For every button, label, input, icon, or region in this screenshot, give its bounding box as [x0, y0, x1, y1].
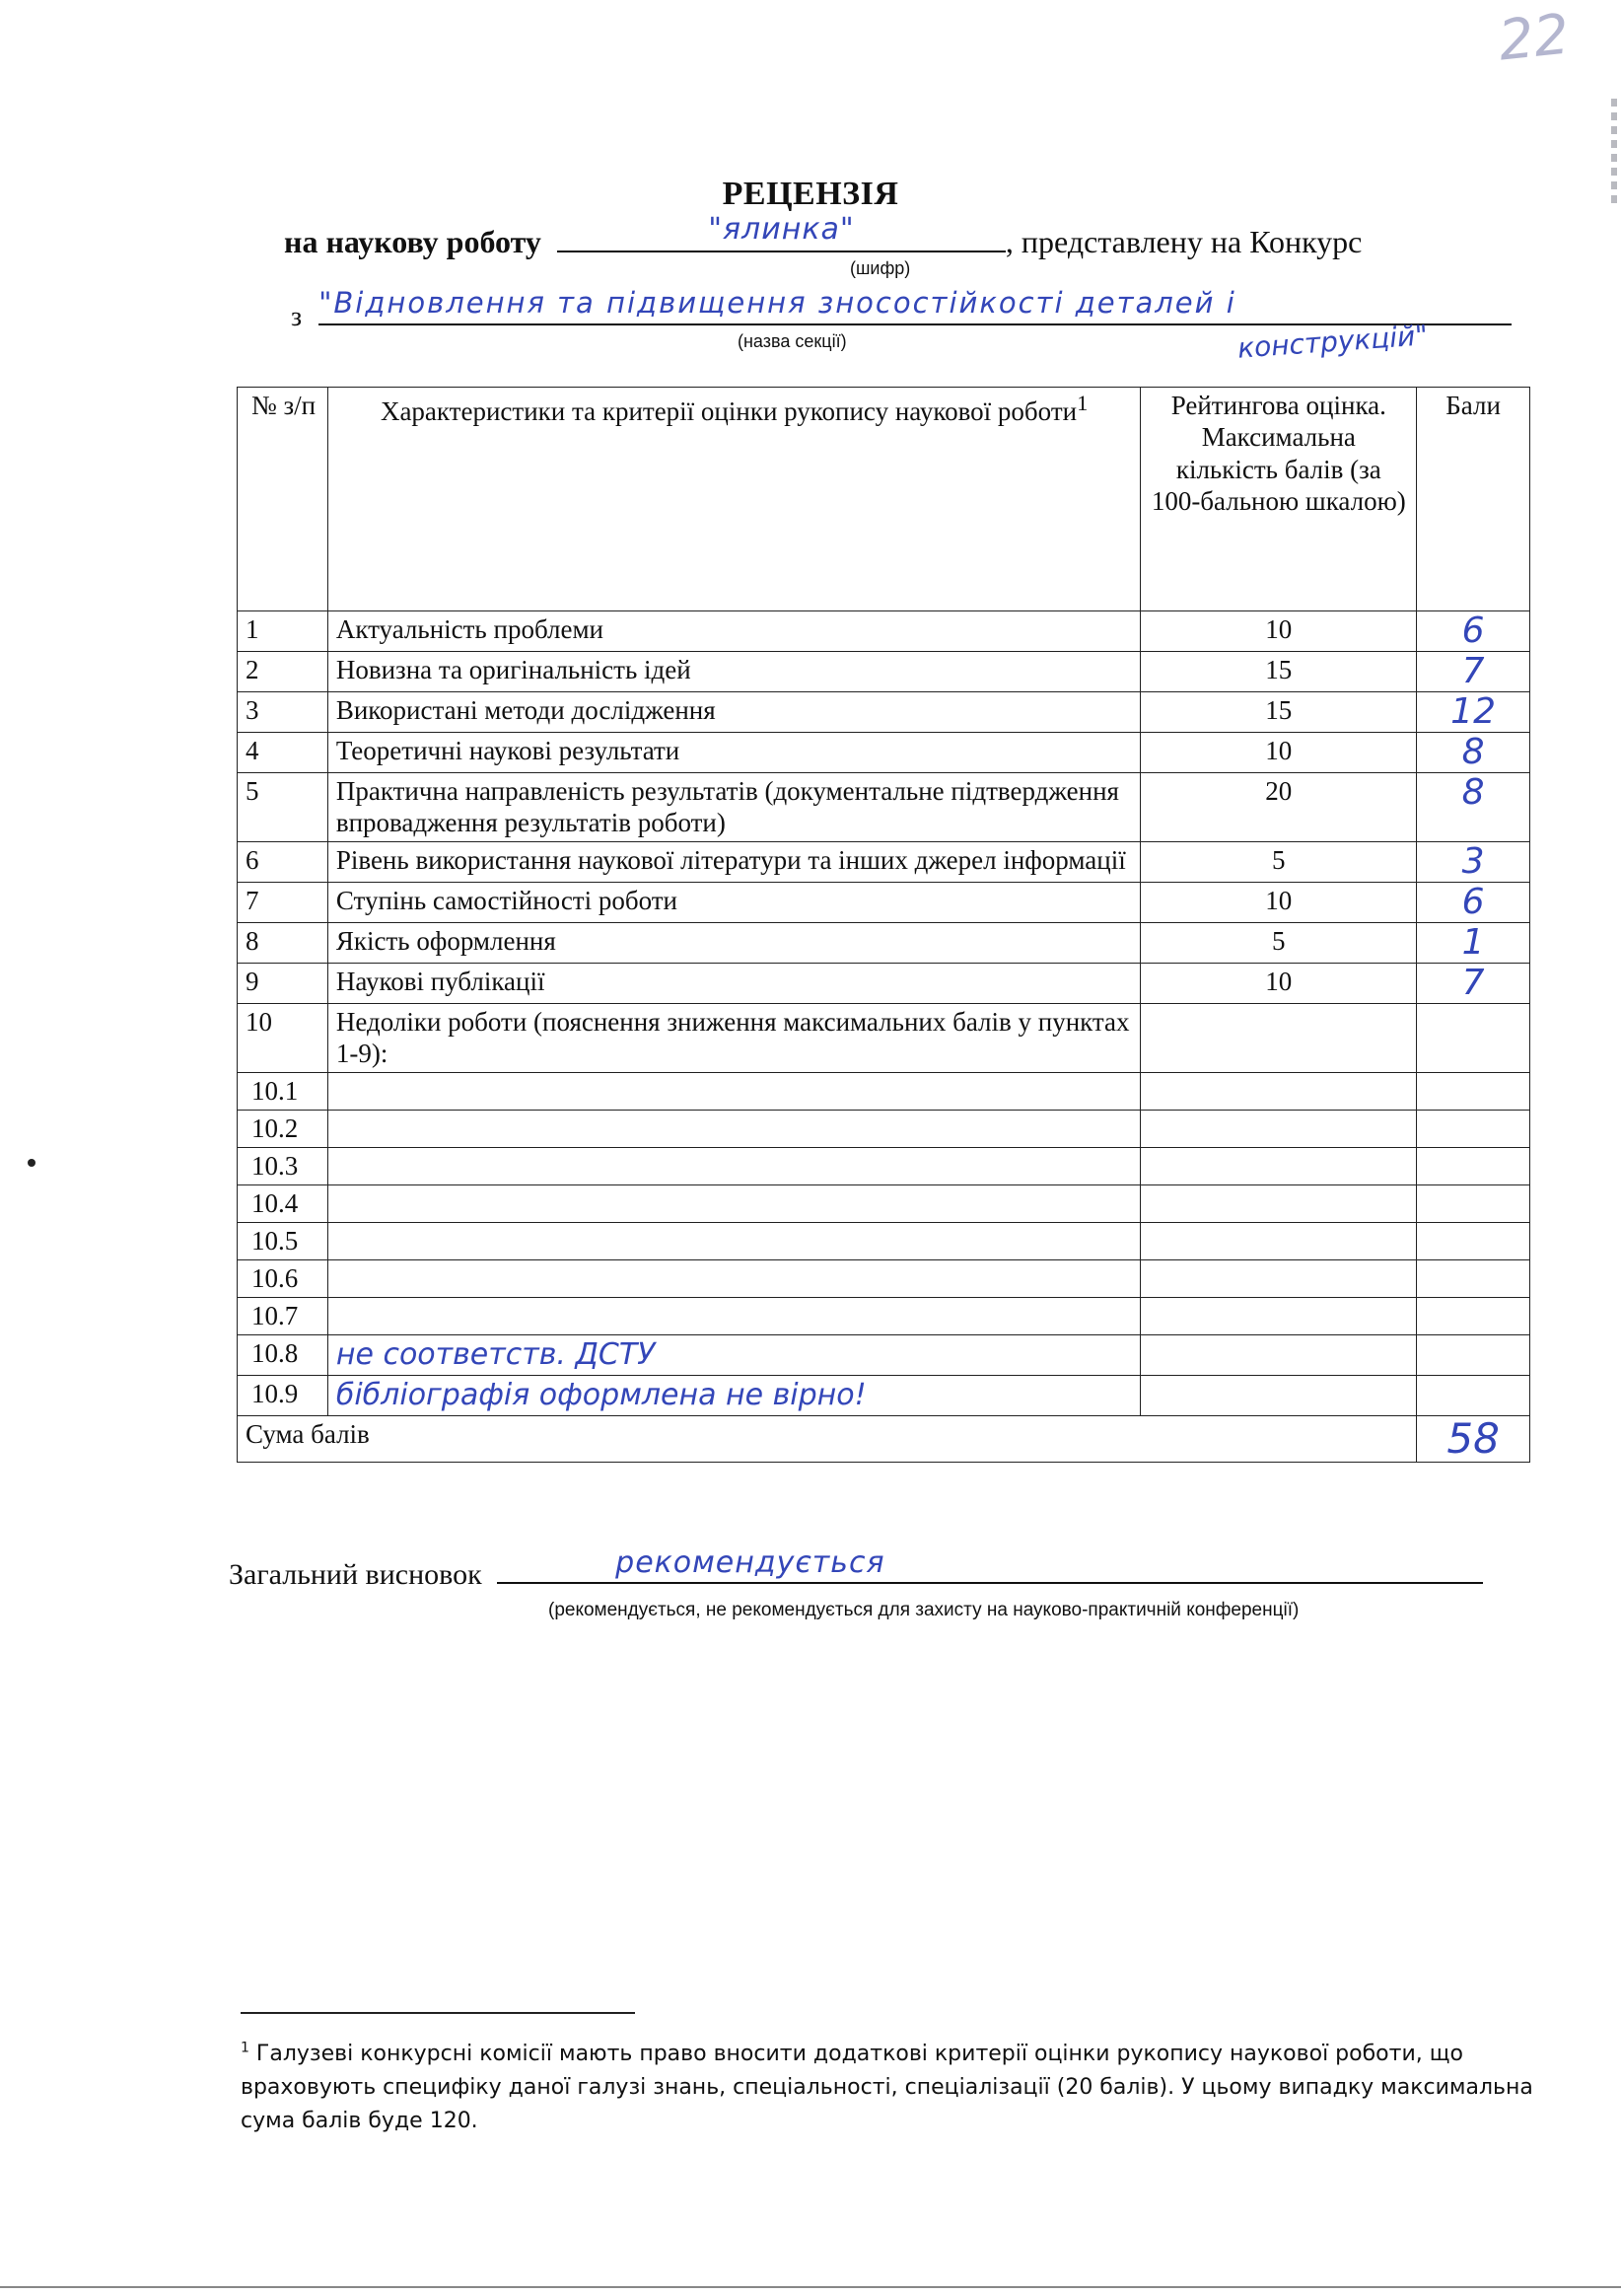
- shortcoming-score: [1417, 1072, 1530, 1110]
- footnote-number: 1: [241, 2041, 249, 2056]
- header-max: Рейтингова оцінка. Максимальна кількість…: [1141, 388, 1417, 611]
- shortcoming-num: 10.9: [238, 1375, 328, 1415]
- shortcoming-text[interactable]: [327, 1072, 1141, 1110]
- max-score: 15: [1141, 692, 1417, 733]
- work-line: на наукову роботу "ялинка" , представлен…: [284, 217, 1362, 260]
- table-row: 3Використані методи дослідження1512: [238, 692, 1530, 733]
- shortcoming-row: 10.4: [238, 1184, 1530, 1222]
- assigned-score[interactable]: 8: [1417, 773, 1530, 842]
- code-caption: (шифр): [850, 258, 910, 279]
- shortcoming-row: 10.6: [238, 1259, 1530, 1297]
- shortcoming-max: [1141, 1259, 1417, 1297]
- shortcomings-score: [1417, 1003, 1530, 1072]
- shortcoming-text[interactable]: [327, 1184, 1141, 1222]
- table-row: 9Наукові публікації107: [238, 963, 1530, 1003]
- criterion-num: 7: [238, 882, 328, 922]
- section-name-value-line1: "Відновлення та підвищення зносостійкост…: [318, 286, 1512, 320]
- shortcoming-max: [1141, 1334, 1417, 1375]
- shortcoming-row: 10.8не соответств. ДСТУ: [238, 1334, 1530, 1375]
- page-bottom-edge: [0, 2286, 1621, 2288]
- assigned-score[interactable]: 6: [1417, 882, 1530, 922]
- criterion-text: Теоретичні наукові результати: [327, 733, 1141, 773]
- max-score: 15: [1141, 652, 1417, 692]
- total-value[interactable]: 58: [1417, 1415, 1530, 1462]
- assigned-score[interactable]: 8: [1417, 733, 1530, 773]
- shortcoming-num: 10.7: [238, 1297, 328, 1334]
- work-suffix: , представлену на Конкурс: [1006, 224, 1362, 259]
- work-code-field[interactable]: "ялинка": [557, 217, 1006, 252]
- shortcoming-score: [1417, 1147, 1530, 1184]
- max-score: 10: [1141, 611, 1417, 652]
- shortcoming-score: [1417, 1184, 1530, 1222]
- shortcoming-score: [1417, 1375, 1530, 1415]
- shortcoming-max: [1141, 1110, 1417, 1147]
- shortcoming-text[interactable]: [327, 1297, 1141, 1334]
- document-title: РЕЦЕНЗІЯ: [0, 176, 1621, 213]
- shortcomings-num: 10: [238, 1003, 328, 1072]
- criterion-text: Використані методи дослідження: [327, 692, 1141, 733]
- max-score: 5: [1141, 841, 1417, 882]
- shortcoming-score: [1417, 1222, 1530, 1259]
- max-score: 5: [1141, 922, 1417, 963]
- conclusion-label: Загальний висновок: [229, 1558, 482, 1591]
- shortcoming-row: 10.3: [238, 1147, 1530, 1184]
- assigned-score[interactable]: 7: [1417, 963, 1530, 1003]
- shortcomings-row: 10 Недоліки роботи (пояснення зниження м…: [238, 1003, 1530, 1072]
- assigned-score[interactable]: 7: [1417, 652, 1530, 692]
- section-name-field[interactable]: "Відновлення та підвищення зносостійкост…: [318, 288, 1512, 325]
- shortcoming-score: [1417, 1110, 1530, 1147]
- criterion-text: Ступінь самостійності роботи: [327, 882, 1141, 922]
- max-score: 20: [1141, 773, 1417, 842]
- table-row: 2Новизна та оригінальність ідей157: [238, 652, 1530, 692]
- table-row: 6Рівень використання наукової літератури…: [238, 841, 1530, 882]
- criterion-text: Якість оформлення: [327, 922, 1141, 963]
- shortcoming-max: [1141, 1072, 1417, 1110]
- shortcoming-text[interactable]: бібліографія оформлена не вірно!: [327, 1375, 1141, 1415]
- shortcoming-max: [1141, 1222, 1417, 1259]
- shortcoming-max: [1141, 1184, 1417, 1222]
- table-row: 7Ступінь самостійності роботи106: [238, 882, 1530, 922]
- header-score: Бали: [1417, 388, 1530, 611]
- section-prefix: з: [291, 302, 302, 332]
- criteria-rows: 1Актуальність проблеми1062Новизна та ори…: [238, 611, 1530, 1004]
- total-label: Сума балів: [238, 1415, 1417, 1462]
- header-criteria-text: Характеристики та критерії оцінки рукопи…: [381, 396, 1077, 426]
- footnote-mark: 1: [1077, 391, 1088, 415]
- header-criteria: Характеристики та критерії оцінки рукопи…: [327, 388, 1141, 611]
- shortcoming-row: 10.2: [238, 1110, 1530, 1147]
- shortcoming-row: 10.7: [238, 1297, 1530, 1334]
- shortcoming-num: 10.5: [238, 1222, 328, 1259]
- footnote-text: Галузеві конкурсні комісії мають право в…: [241, 2042, 1533, 2133]
- max-score: 10: [1141, 963, 1417, 1003]
- criterion-text: Наукові публікації: [327, 963, 1141, 1003]
- conclusion-value: рекомендується: [497, 1545, 1483, 1580]
- header-num: № з/п: [238, 388, 328, 611]
- work-prefix: на наукову роботу: [284, 224, 541, 259]
- assigned-score[interactable]: 3: [1417, 841, 1530, 882]
- conclusion-caption: (рекомендується, не рекомендується для з…: [548, 1600, 1299, 1621]
- assigned-score[interactable]: 1: [1417, 922, 1530, 963]
- max-score: 10: [1141, 882, 1417, 922]
- shortcoming-num: 10.1: [238, 1072, 328, 1110]
- shortcoming-text[interactable]: [327, 1110, 1141, 1147]
- criterion-text: Новизна та оригінальність ідей: [327, 652, 1141, 692]
- footnote: 1 Галузеві конкурсні комісії мають право…: [241, 2038, 1542, 2138]
- criterion-num: 4: [238, 733, 328, 773]
- work-code-value: "ялинка": [557, 212, 1006, 247]
- handwritten-page-number: 22: [1496, 2, 1573, 73]
- shortcomings-criterion: Недоліки роботи (пояснення зниження макс…: [327, 1003, 1141, 1072]
- shortcoming-score: [1417, 1297, 1530, 1334]
- max-score: 10: [1141, 733, 1417, 773]
- criterion-num: 3: [238, 692, 328, 733]
- assigned-score[interactable]: 6: [1417, 611, 1530, 652]
- criterion-num: 8: [238, 922, 328, 963]
- shortcoming-max: [1141, 1297, 1417, 1334]
- assigned-score[interactable]: 12: [1417, 692, 1530, 733]
- criterion-text: Рівень використання наукової літератури …: [327, 841, 1141, 882]
- conclusion-field[interactable]: рекомендується: [497, 1543, 1483, 1584]
- shortcoming-text[interactable]: [327, 1259, 1141, 1297]
- shortcoming-num: 10.6: [238, 1259, 328, 1297]
- criterion-num: 6: [238, 841, 328, 882]
- shortcoming-text[interactable]: [327, 1222, 1141, 1259]
- shortcoming-row: 10.9бібліографія оформлена не вірно!: [238, 1375, 1530, 1415]
- table-row: 4Теоретичні наукові результати108: [238, 733, 1530, 773]
- shortcoming-score: [1417, 1259, 1530, 1297]
- table-row: 8Якість оформлення51: [238, 922, 1530, 963]
- criterion-num: 2: [238, 652, 328, 692]
- shortcoming-text[interactable]: не соответств. ДСТУ: [327, 1334, 1141, 1375]
- criterion-text: Практична направленість результатів (док…: [327, 773, 1141, 842]
- criterion-num: 1: [238, 611, 328, 652]
- scan-artifact-dot: [28, 1159, 35, 1167]
- shortcoming-num: 10.3: [238, 1147, 328, 1184]
- shortcoming-num: 10.4: [238, 1184, 328, 1222]
- table-row: 1Актуальність проблеми106: [238, 611, 1530, 652]
- footnote-divider: [241, 2012, 635, 2014]
- table-header-row: № з/п Характеристики та критерії оцінки …: [238, 388, 1530, 611]
- section-caption: (назва секції): [738, 331, 847, 352]
- table-row: 5Практична направленість результатів (до…: [238, 773, 1530, 842]
- criterion-text: Актуальність проблеми: [327, 611, 1141, 652]
- criterion-num: 9: [238, 963, 328, 1003]
- shortcoming-row: 10.5: [238, 1222, 1530, 1259]
- shortcoming-max: [1141, 1147, 1417, 1184]
- shortcoming-score: [1417, 1334, 1530, 1375]
- shortcoming-num: 10.8: [238, 1334, 328, 1375]
- shortcoming-text[interactable]: [327, 1147, 1141, 1184]
- shortcoming-row: 10.1: [238, 1072, 1530, 1110]
- total-row: Сума балів 58: [238, 1415, 1530, 1462]
- evaluation-table: № з/п Характеристики та критерії оцінки …: [237, 387, 1530, 1463]
- shortcoming-max: [1141, 1375, 1417, 1415]
- conclusion-line: Загальний висновок рекомендується: [229, 1543, 1483, 1592]
- shortcoming-num: 10.2: [238, 1110, 328, 1147]
- shortcomings-max: [1141, 1003, 1417, 1072]
- shortcoming-items: 10.110.210.310.410.510.610.710.8не соотв…: [238, 1072, 1530, 1415]
- criterion-num: 5: [238, 773, 328, 842]
